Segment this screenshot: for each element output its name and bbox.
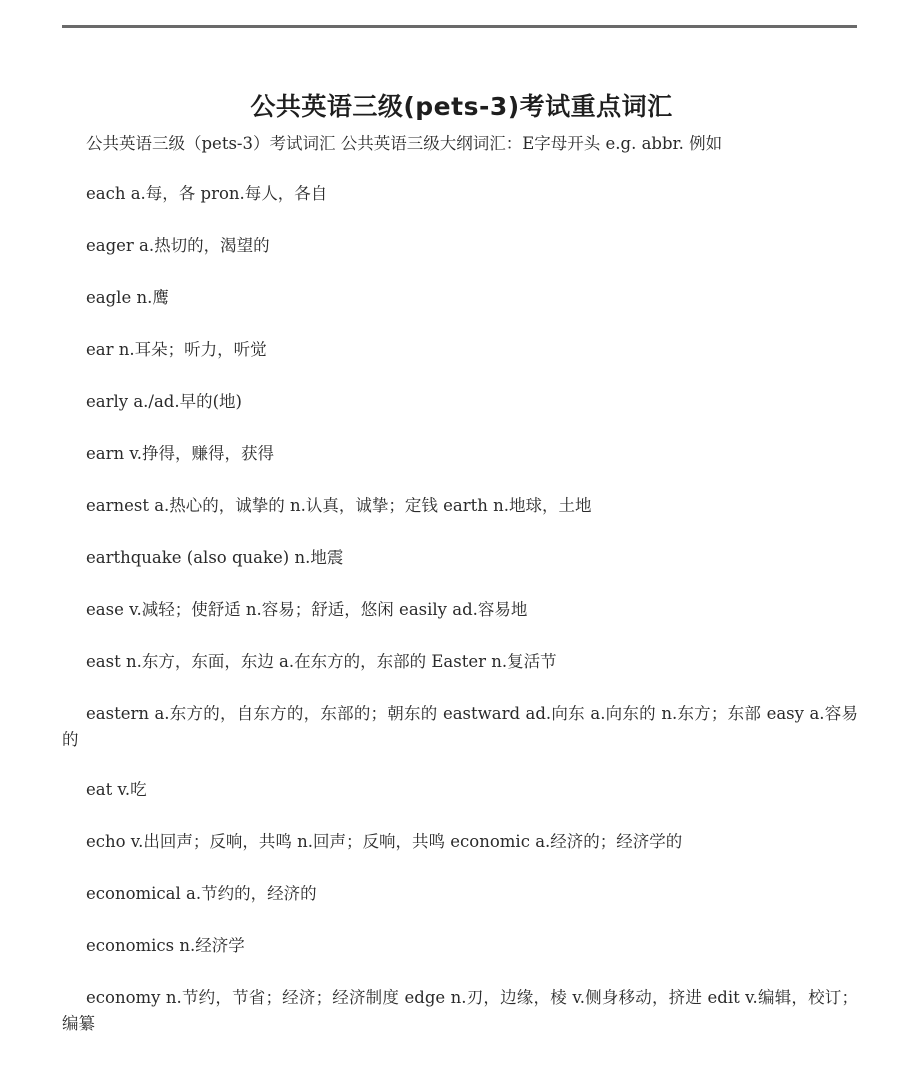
header-divider [62,25,857,28]
vocab-entry: eastern a.东方的，自东方的，东部的；朝东的 eastward ad.向… [62,701,858,753]
vocab-entry: ease v.减轻；使舒适 n.容易；舒适，悠闲 easily ad.容易地 [62,597,858,623]
vocab-entry: ear n.耳朵；听力，听觉 [62,337,858,363]
document-title: 公共英语三级(pets-3)考试重点词汇 [0,90,923,124]
vocab-entry: early a./ad.早的(地) [62,389,858,415]
vocab-entry: economical a.节约的，经济的 [62,881,858,907]
vocab-entry: earthquake (also quake) n.地震 [62,545,858,571]
vocab-entry: eager a.热切的，渴望的 [62,233,858,259]
intro-paragraph: 公共英语三级（pets-3）考试词汇 公共英语三级大纲词汇：E字母开头 e.g.… [62,131,858,157]
vocab-entry: earn v.挣得，赚得，获得 [62,441,858,467]
vocab-entry: earnest a.热心的，诚挚的 n.认真，诚挚；定钱 earth n.地球，… [62,493,858,519]
vocab-entry: eagle n.鹰 [62,285,858,311]
vocab-entry: echo v.出回声；反响，共鸣 n.回声；反响，共鸣 economic a.经… [62,829,858,855]
vocab-entry: economy n.节约，节省；经济；经济制度 edge n.刃，边缘，棱 v.… [62,985,858,1037]
document-body: 公共英语三级（pets-3）考试词汇 公共英语三级大纲词汇：E字母开头 e.g.… [62,131,858,1061]
vocab-entry: east n.东方，东面，东边 a.在东方的，东部的 Easter n.复活节 [62,649,858,675]
vocab-entry: economics n.经济学 [62,933,858,959]
vocab-entry: eat v.吃 [62,777,858,803]
vocab-entry: each a.每，各 pron.每人，各自 [62,181,858,207]
